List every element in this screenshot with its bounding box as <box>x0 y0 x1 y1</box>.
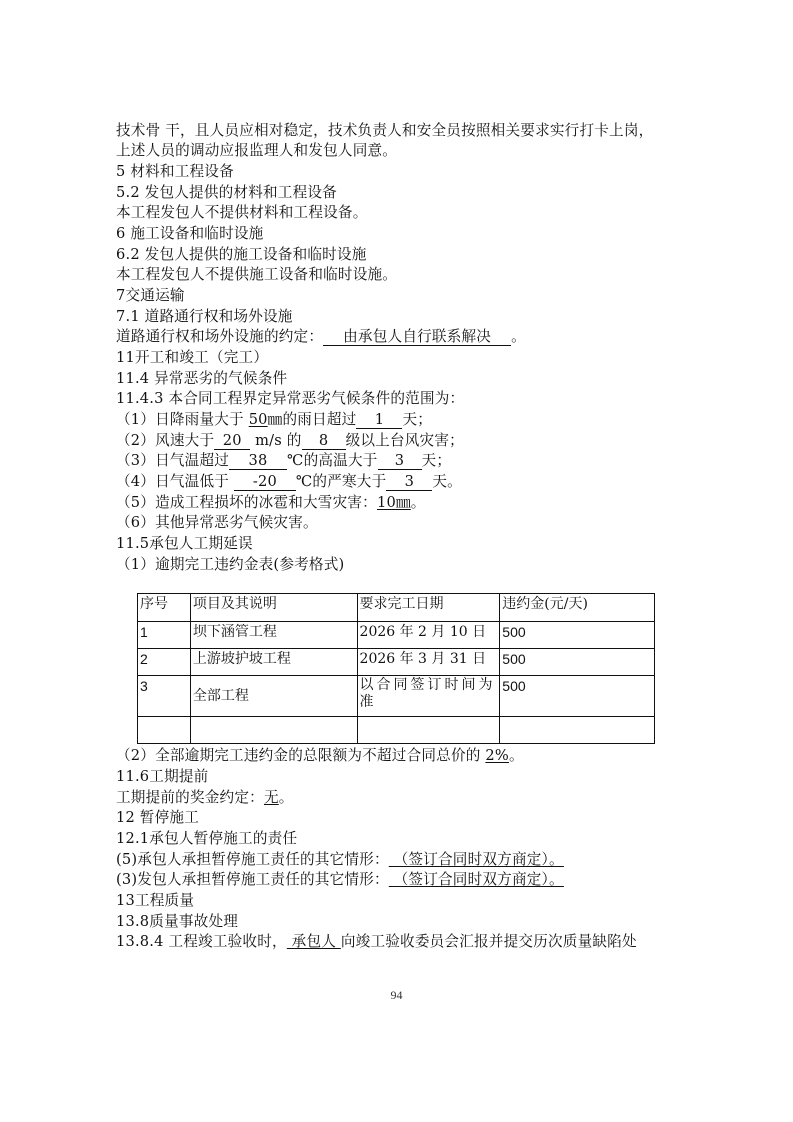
header-cell: 要求完工日期 <box>357 594 500 622</box>
section-heading: 5 材料和工程设备 <box>116 162 234 182</box>
subsection-heading: 11.5承包人工期延误 <box>116 534 253 554</box>
text: （2）全部逾期完工违约金的总限额为不超过合同总价的 <box>116 747 485 764</box>
text-line: 本工程发包人不提供材料和工程设备。 <box>116 203 368 223</box>
header-cell: 违约金(元/天) <box>500 594 655 622</box>
punct: 。 <box>511 328 526 345</box>
weather-item-hail: （5）造成工程损坏的冰雹和大雪灾害：10㎜。 <box>116 493 426 513</box>
subsection-heading: 11.6工期提前 <box>116 767 208 787</box>
cell: 1 <box>138 622 191 649</box>
text: （5）造成工程损坏的冰雹和大雪灾害： <box>116 494 377 511</box>
table-caption: （1）逾期完工违约金表(参考格式) <box>116 555 344 575</box>
text: ℃的高温大于 <box>287 452 378 469</box>
cell <box>357 717 500 744</box>
text: (5)承包人承担暂停施工责任的其它情形： <box>116 851 389 868</box>
cell: 以合同签订时间为准 <box>357 676 500 717</box>
wind-speed-value: 20 <box>214 432 250 450</box>
cell: 2 <box>138 649 191 676</box>
text: 。 <box>509 747 524 764</box>
text: (3)发包人承担暂停施工责任的其它情形： <box>116 871 389 888</box>
table-row: 2 上游坡护坡工程 2026 年 3 月 31 日 500 <box>138 649 655 676</box>
heat-temp-value: 38 <box>229 452 287 470</box>
road-access-value: 由承包人自行联系解决 <box>323 328 511 346</box>
text: （4）日气温低于 <box>116 473 234 490</box>
text: 。 <box>411 494 426 511</box>
cell: 坝下涵管工程 <box>190 622 357 649</box>
contractor-suspension-clause: (5)承包人承担暂停施工责任的其它情形： （签订合同时双方商定）。 <box>116 850 564 870</box>
subsection-heading: 12.1承包人暂停施工的责任 <box>116 829 297 849</box>
text: 工期提前的奖金约定： <box>116 789 264 806</box>
table-row: 1 坝下涵管工程 2026 年 2 月 10 日 500 <box>138 622 655 649</box>
section-heading: 12 暂停施工 <box>116 808 199 828</box>
cell: 2026 年 2 月 10 日 <box>357 622 500 649</box>
weather-item-rainfall: （1）日降雨量大于 50㎜的雨日超过1天； <box>116 410 432 430</box>
hail-value: 10㎜ <box>377 494 411 511</box>
text: m/s 的 <box>250 432 301 449</box>
text: 。 <box>279 789 294 806</box>
text: （2）风速大于 <box>116 432 214 449</box>
subsection-heading: 11.4 异常恶劣的气候条件 <box>116 369 287 389</box>
text-line: 本工程发包人不提供施工设备和临时设施。 <box>116 265 397 285</box>
text: （1）日降雨量大于 <box>116 411 249 428</box>
rainfall-mm-value: 50 <box>249 411 268 428</box>
cold-days-value: 3 <box>386 473 432 491</box>
section-heading: 6 施工设备和临时设施 <box>116 224 263 244</box>
contractor-suspension-value: （签订合同时双方商定）。 <box>389 851 564 868</box>
employer-suspension-clause: (3)发包人承担暂停施工责任的其它情形： （签订合同时双方商定）。 <box>116 870 564 890</box>
text: ㎜的雨日超过 <box>268 411 357 428</box>
road-access-agreement: 道路通行权和场外设施的约定：由承包人自行联系解决。 <box>116 327 526 347</box>
table-row <box>138 717 655 744</box>
cell: 上游坡护坡工程 <box>190 649 357 676</box>
reporting-party-value: 承包人 <box>287 933 341 950</box>
section-heading: 7交通运输 <box>116 286 185 306</box>
weather-item-other: （6）其他异常恶劣气候灾害。 <box>116 513 318 533</box>
penalty-cap: （2）全部逾期完工违约金的总限额为不超过合同总价的 2%。 <box>116 746 524 766</box>
text: 级以上台风灾害； <box>346 432 464 449</box>
header-cell: 项目及其说明 <box>190 594 357 622</box>
cell <box>190 717 357 744</box>
penalty-table: 序号 项目及其说明 要求完工日期 违约金(元/天) 1 坝下涵管工程 2026 … <box>137 593 655 744</box>
weather-item-heat: （3）日气温超过38℃的高温大于3天； <box>116 451 451 471</box>
heat-days-value: 3 <box>378 452 422 470</box>
subsection-heading: 6.2 发包人提供的施工设备和临时设施 <box>116 245 367 265</box>
text: ℃的严寒大于 <box>296 473 387 490</box>
page-number: 94 <box>0 988 793 1003</box>
cell: 全部工程 <box>190 676 357 717</box>
rainfall-days-value: 1 <box>356 411 402 429</box>
subsection-heading: 5.2 发包人提供的材料和工程设备 <box>116 183 337 203</box>
cell: 3 <box>138 676 191 717</box>
section-heading: 11开工和竣工（完工） <box>116 348 268 368</box>
label: 道路通行权和场外设施的约定： <box>116 328 323 345</box>
text: 天； <box>402 411 432 428</box>
cell: 2026 年 3 月 31 日 <box>357 649 500 676</box>
text-line: 上述人员的调动应报监理人和发包人同意。 <box>116 141 397 161</box>
cell: 500 <box>500 649 655 676</box>
table-header-row: 序号 项目及其说明 要求完工日期 违约金(元/天) <box>138 594 655 622</box>
weather-item-cold: （4）日气温低于 -20℃的严寒大于3天。 <box>116 472 462 492</box>
cell: 500 <box>500 622 655 649</box>
table-row: 3 全部工程 以合同签订时间为准 500 <box>138 676 655 717</box>
text: 向竣工验收委员会汇报并提交历次质量缺陷处 <box>341 933 637 950</box>
wind-grade-value: 8 <box>302 432 346 450</box>
text: 天。 <box>432 473 462 490</box>
early-completion-bonus: 工期提前的奖金约定：无。 <box>116 788 294 808</box>
subsection-heading: 13.8质量事故处理 <box>116 912 238 932</box>
cold-temp-value: -20 <box>234 473 296 491</box>
penalty-cap-value: 2% <box>485 747 509 764</box>
text: 13.8.4 工程竣工验收时， <box>116 933 287 950</box>
text: 天； <box>422 452 452 469</box>
cell <box>138 717 191 744</box>
cell: 500 <box>500 676 655 717</box>
header-cell: 序号 <box>138 594 191 622</box>
text: （3）日气温超过 <box>116 452 229 469</box>
employer-suspension-value: （签订合同时双方商定）。 <box>389 871 564 888</box>
subsection-heading: 7.1 道路通行权和场外设施 <box>116 307 293 327</box>
text-line: 技术骨 干，且人员应相对稳定，技术负责人和安全员按照相关要求实行打卡上岗， <box>116 121 653 141</box>
clause-heading: 11.4.3 本合同工程界定异常恶劣气候条件的范围为： <box>116 389 464 409</box>
bonus-value: 无 <box>264 789 279 806</box>
weather-item-wind: （2）风速大于20 m/s 的8级以上台风灾害； <box>116 431 464 451</box>
quality-acceptance-clause: 13.8.4 工程竣工验收时， 承包人 向竣工验收委员会汇报并提交历次质量缺陷处 <box>116 932 637 952</box>
section-heading: 13工程质量 <box>116 891 194 911</box>
cell <box>500 717 655 744</box>
